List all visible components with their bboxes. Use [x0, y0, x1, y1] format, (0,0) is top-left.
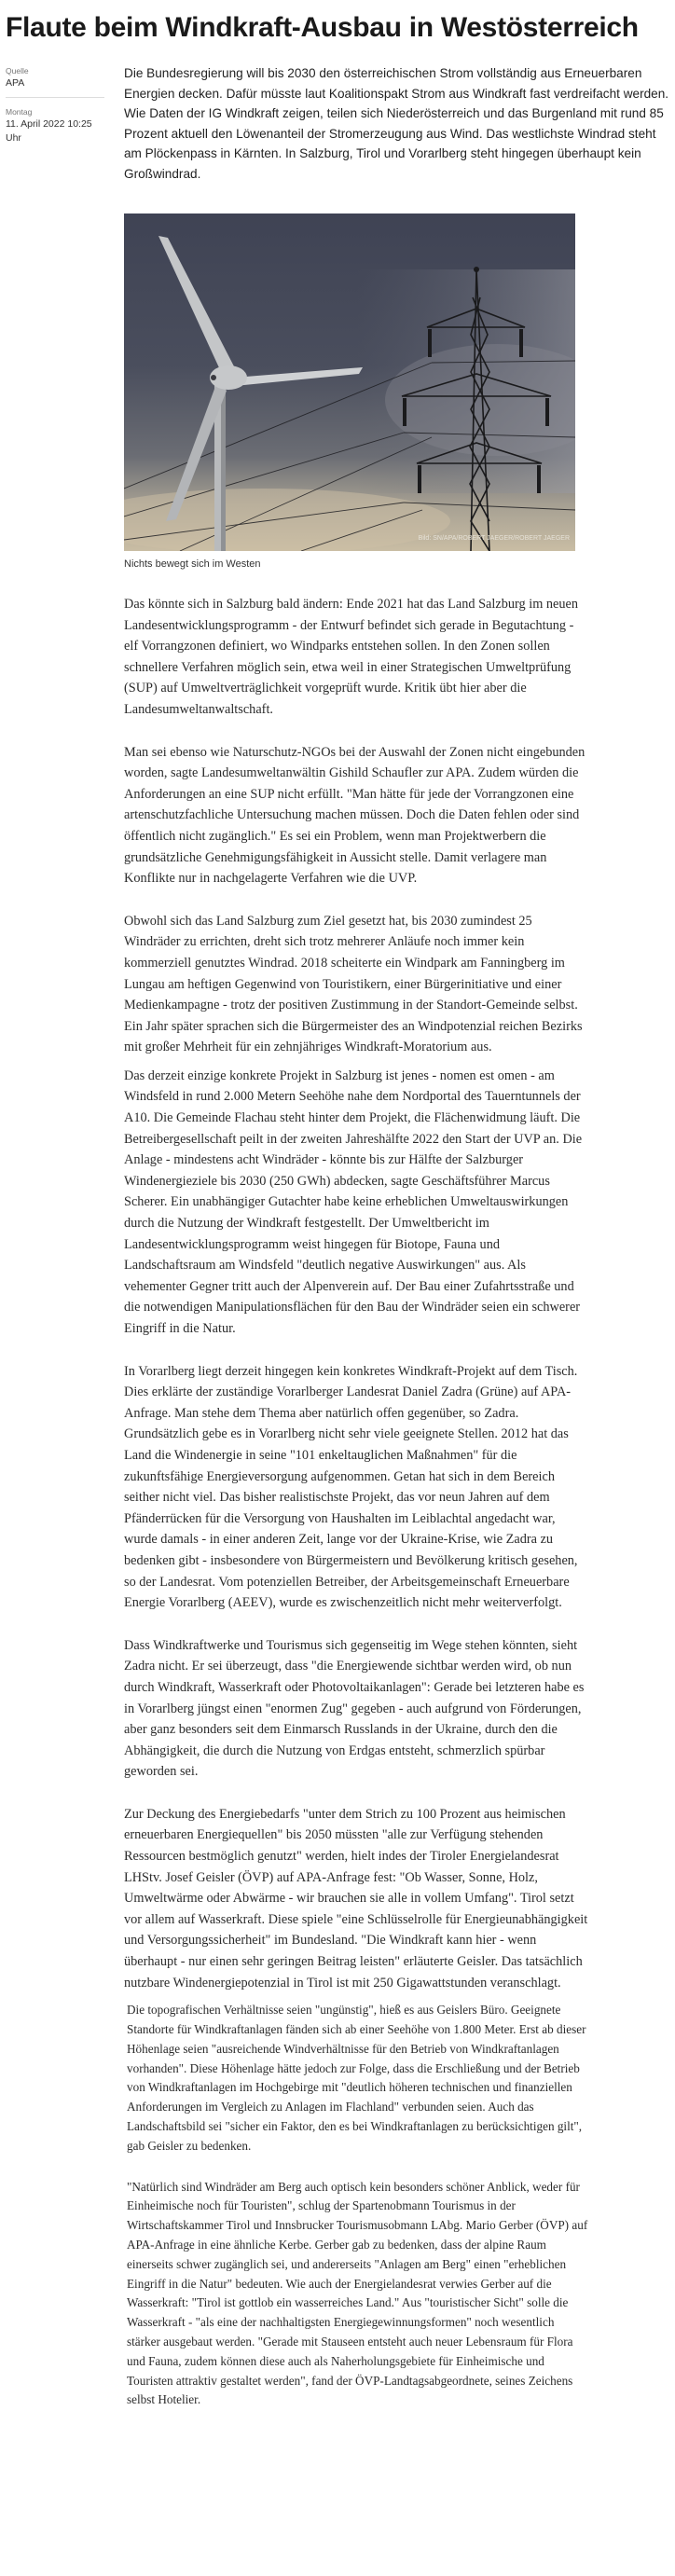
article-lede: Die Bundesregierung will bis 2030 den ös…	[124, 63, 674, 184]
paragraph: Dass Windkraftwerke und Tourismus sich g…	[124, 1635, 590, 1783]
publish-datetime: 11. April 2022 10:25 Uhr	[6, 117, 104, 145]
source-label: Quelle	[6, 65, 104, 76]
paragraph: "Natürlich sind Windräder am Berg auch o…	[124, 2178, 590, 2411]
article-figure: Bild: SN/APA/ROBERT JAEGER/ROBERT JAEGER…	[124, 214, 575, 571]
article-body: Das könnte sich in Salzburg bald ändern:…	[124, 594, 590, 2410]
paragraph: Man sei ebenso wie Naturschutz-NGOs bei …	[124, 742, 590, 889]
meta-divider	[6, 97, 104, 98]
image-caption: Nichts bewegt sich im Westen	[124, 558, 575, 571]
paragraph: Das könnte sich in Salzburg bald ändern:…	[124, 594, 590, 721]
paragraph: Die topografischen Verhältnisse seien "u…	[124, 2001, 590, 2156]
source-value: APA	[6, 76, 104, 90]
paragraph: Zur Deckung des Energiebedarfs "unter de…	[124, 1804, 590, 1993]
article-meta: Quelle APA Montag 11. April 2022 10:25 U…	[6, 65, 104, 145]
paragraph: In Vorarlberg liegt derzeit hingegen kei…	[124, 1361, 590, 1614]
day-label: Montag	[6, 106, 104, 117]
paragraph: Obwohl sich das Land Salzburg zum Ziel g…	[124, 911, 590, 1058]
image-credit: Bild: SN/APA/ROBERT JAEGER/ROBERT JAEGER	[419, 535, 570, 542]
article-title: Flaute beim Windkraft-Ausbau in Westöste…	[6, 9, 639, 47]
paragraph: Das derzeit einzige konkrete Projekt in …	[124, 1066, 590, 1340]
wind-turbine-photo[interactable]: Bild: SN/APA/ROBERT JAEGER/ROBERT JAEGER	[124, 214, 575, 551]
